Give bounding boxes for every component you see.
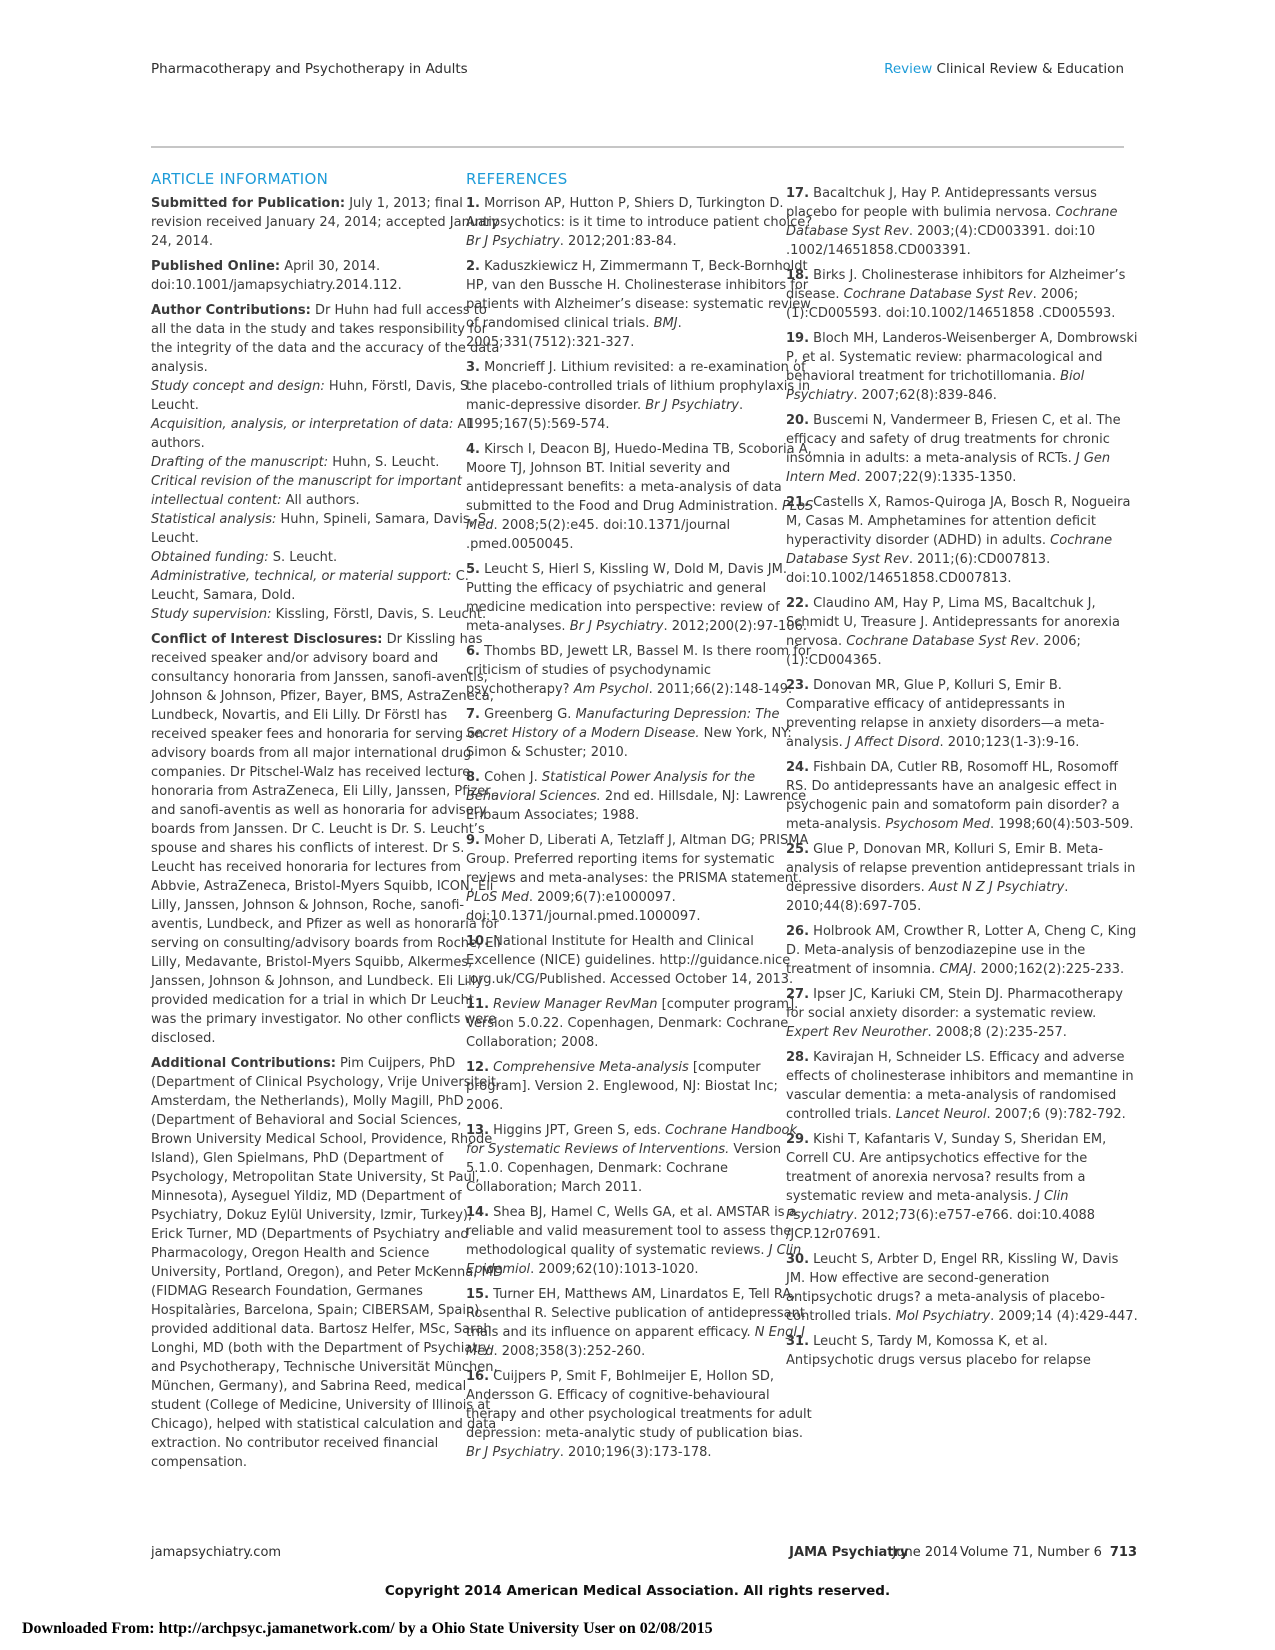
reference-number: 9.: [466, 833, 480, 848]
references-column-right: 17. Bacaltchuk J, Hay P. Antidepressants…: [786, 170, 1138, 1370]
reference-number: 28.: [786, 1050, 809, 1065]
reference-number: 30.: [786, 1252, 809, 1267]
text-run: Leucht S, Tardy M, Komossa K, et al. Ant…: [786, 1334, 1091, 1368]
article-information-column: ARTICLE INFORMATION Submitted for Public…: [151, 170, 503, 1472]
reference-item: 18. Birks J. Cholinesterase inhibitors f…: [786, 266, 1138, 323]
footer-issue-info: JAMA PsychiatryJune 2014Volume 71, Numbe…: [789, 1545, 1137, 1560]
reference-item: 11. Review Manager RevMan [computer prog…: [466, 995, 818, 1052]
text-run: Mol Psychiatry: [896, 1309, 990, 1324]
article-info-paragraph: Critical revision of the manuscript for …: [151, 472, 503, 510]
reference-number: 26.: [786, 924, 809, 939]
text-run: Published Online:: [151, 259, 280, 274]
text-run: Expert Rev Neurother: [786, 1025, 928, 1040]
text-run: Submitted for Publication:: [151, 196, 345, 211]
text-run: Cochrane Database Syst Rev: [844, 287, 1033, 302]
reference-item: 17. Bacaltchuk J, Hay P. Antidepressants…: [786, 184, 1138, 260]
text-run: Study concept and design:: [151, 379, 325, 394]
text-run: . 2007;6 (9):782-792.: [986, 1107, 1125, 1122]
text-run: Administrative, technical, or material s…: [151, 569, 452, 584]
text-run: Review Manager RevMan: [493, 997, 657, 1012]
text-run: Obtained funding:: [151, 550, 269, 565]
reference-number: 20.: [786, 413, 809, 428]
reference-number: 18.: [786, 268, 809, 283]
text-run: PLoS Med: [466, 890, 529, 905]
text-run: Cohen J.: [480, 770, 542, 785]
references-heading: REFERENCES: [466, 170, 818, 188]
text-run: . 2012;201:83-84.: [560, 234, 677, 249]
section-header: Review Clinical Review & Education: [884, 61, 1124, 77]
reference-item: 10. National Institute for Health and Cl…: [466, 932, 818, 989]
reference-number: 3.: [466, 360, 480, 375]
text-run: Huhn, S. Leucht.: [328, 455, 439, 470]
text-run: Pim Cuijpers, PhD (Department of Clinica…: [151, 1056, 503, 1470]
article-info-paragraph: Study concept and design: Huhn, Förstl, …: [151, 377, 503, 415]
reference-number: 22.: [786, 596, 809, 611]
text-run: Br J Psychiatry: [466, 234, 560, 249]
text-run: National Institute for Health and Clinic…: [466, 934, 793, 987]
text-run: All authors.: [282, 493, 360, 508]
reference-item: 6. Thombs BD, Jewett LR, Bassel M. Is th…: [466, 642, 818, 699]
text-run: Cochrane Database Syst Rev: [846, 634, 1035, 649]
text-run: Bloch MH, Landeros-Weisenberger A, Dombr…: [786, 331, 1137, 384]
text-run: Br J Psychiatry: [645, 398, 739, 413]
text-run: Conflict of Interest Disclosures:: [151, 632, 382, 647]
references-list-1: 1. Morrison AP, Hutton P, Shiers D, Turk…: [466, 194, 818, 1462]
text-run: Ipser JC, Kariuki CM, Stein DJ. Pharmaco…: [786, 987, 1123, 1021]
reference-number: 27.: [786, 987, 809, 1002]
reference-number: 4.: [466, 442, 480, 457]
reference-number: 6.: [466, 644, 480, 659]
copyright-notice: Copyright 2014 American Medical Associat…: [151, 1583, 1124, 1599]
article-info-paragraph: Additional Contributions: Pim Cuijpers, …: [151, 1054, 503, 1472]
text-run: BMJ: [654, 316, 678, 331]
reference-item: 12. Comprehensive Meta-analysis [compute…: [466, 1058, 818, 1115]
article-info-paragraph: Obtained funding: S. Leucht.: [151, 548, 503, 567]
text-run: . 2009;14 (4):429-447.: [990, 1309, 1138, 1324]
text-run: . 2000;162(2):225-233.: [972, 962, 1124, 977]
reference-number: 2.: [466, 259, 480, 274]
reference-number: 23.: [786, 678, 809, 693]
text-run: Moher D, Liberati A, Tetzlaff J, Altman …: [466, 833, 808, 886]
article-info-paragraph: Statistical analysis: Huhn, Spineli, Sam…: [151, 510, 503, 548]
text-run: Statistical analysis:: [151, 512, 276, 527]
journal-name: JAMA Psychiatry: [789, 1545, 908, 1560]
text-run: Lancet Neurol: [896, 1107, 987, 1122]
text-run: Author Contributions:: [151, 303, 311, 318]
text-run: Cuijpers P, Smit F, Bohlmeijer E, Hollon…: [466, 1369, 812, 1441]
reference-number: 14.: [466, 1205, 489, 1220]
text-run: . 2009;62(10):1013-1020.: [530, 1262, 698, 1277]
reference-number: 12.: [466, 1060, 489, 1075]
reference-number: 15.: [466, 1287, 489, 1302]
text-run: Buscemi N, Vandermeer B, Friesen C, et a…: [786, 413, 1121, 466]
text-run: Moncrieff J. Lithium revisited: a re-exa…: [466, 360, 810, 413]
article-info-paragraph: Conflict of Interest Disclosures: Dr Kis…: [151, 630, 503, 1048]
reference-item: 7. Greenberg G. Manufacturing Depression…: [466, 705, 818, 762]
download-notice: Downloaded From: http://archpsyc.jamanet…: [22, 1620, 713, 1638]
journal-website: jamapsychiatry.com: [151, 1545, 281, 1560]
article-info-paragraph: Published Online: April 30, 2014. doi:10…: [151, 257, 503, 295]
reference-number: 7.: [466, 707, 480, 722]
reference-item: 28. Kavirajan H, Schneider LS. Efficacy …: [786, 1048, 1138, 1124]
issue-volume: Volume 71, Number 6: [960, 1545, 1102, 1560]
text-run: Morrison AP, Hutton P, Shiers D, Turking…: [466, 196, 812, 230]
text-run: S. Leucht.: [269, 550, 338, 565]
reference-item: 5. Leucht S, Hierl S, Kissling W, Dold M…: [466, 560, 818, 636]
section-title: Clinical Review & Education: [932, 61, 1124, 77]
reference-item: 23. Donovan MR, Glue P, Kolluri S, Emir …: [786, 676, 1138, 752]
page-number: 713: [1110, 1545, 1137, 1560]
reference-item: 13. Higgins JPT, Green S, eds. Cochrane …: [466, 1121, 818, 1197]
reference-item: 25. Glue P, Donovan MR, Kolluri S, Emir …: [786, 840, 1138, 916]
text-run: Aust N Z J Psychiatry: [929, 880, 1064, 895]
reference-item: 30. Leucht S, Arbter D, Engel RR, Kissli…: [786, 1250, 1138, 1326]
reference-number: 10.: [466, 934, 489, 949]
reference-item: 16. Cuijpers P, Smit F, Bohlmeijer E, Ho…: [466, 1367, 818, 1462]
article-info-paragraph: Submitted for Publication: July 1, 2013;…: [151, 194, 503, 251]
reference-number: 19.: [786, 331, 809, 346]
reference-item: 8. Cohen J. Statistical Power Analysis f…: [466, 768, 818, 825]
text-run: . 2008;5(2):e45. doi:10.1371/journal .pm…: [466, 518, 730, 552]
issue-date: June 2014: [892, 1545, 958, 1560]
text-run: . 2007;22(9):1335-1350.: [856, 470, 1016, 485]
text-run: Dr Kissling has received speaker and/or …: [151, 632, 501, 1046]
reference-item: 2. Kaduszkiewicz H, Zimmermann T, Beck-B…: [466, 257, 818, 352]
running-title: Pharmacotherapy and Psychotherapy in Adu…: [151, 61, 468, 77]
section-label: Review: [884, 61, 932, 77]
text-run: Br J Psychiatry: [570, 619, 664, 634]
reference-number: 8.: [466, 770, 480, 785]
reference-number: 16.: [466, 1369, 489, 1384]
reference-item: 15. Turner EH, Matthews AM, Linardatos E…: [466, 1285, 818, 1361]
reference-number: 1.: [466, 196, 480, 211]
text-run: Bacaltchuk J, Hay P. Antidepressants ver…: [786, 186, 1097, 220]
reference-item: 26. Holbrook AM, Crowther R, Lotter A, C…: [786, 922, 1138, 979]
reference-item: 29. Kishi T, Kafantaris V, Sunday S, She…: [786, 1130, 1138, 1244]
article-info-paragraph: Drafting of the manuscript: Huhn, S. Leu…: [151, 453, 503, 472]
article-information-heading: ARTICLE INFORMATION: [151, 170, 503, 188]
reference-number: 29.: [786, 1132, 809, 1147]
text-run: . 2008;8 (2):235-257.: [928, 1025, 1067, 1040]
article-info-paragraphs: Submitted for Publication: July 1, 2013;…: [151, 194, 503, 1472]
text-run: CMAJ: [939, 962, 972, 977]
text-run: Am Psychol: [574, 682, 649, 697]
text-run: Higgins JPT, Green S, eds.: [489, 1123, 665, 1138]
text-run: Comprehensive Meta-analysis: [493, 1060, 689, 1075]
reference-number: 5.: [466, 562, 480, 577]
text-run: Drafting of the manuscript:: [151, 455, 328, 470]
reference-item: 21. Castells X, Ramos-Quiroga JA, Bosch …: [786, 493, 1138, 588]
text-run: . 1998;60(4):503-509.: [990, 817, 1134, 832]
references-list-2: 17. Bacaltchuk J, Hay P. Antidepressants…: [786, 184, 1138, 1370]
reference-number: 17.: [786, 186, 809, 201]
header-divider-rule: [151, 146, 1124, 148]
reference-item: 14. Shea BJ, Hamel C, Wells GA, et al. A…: [466, 1203, 818, 1279]
text-run: J Affect Disord: [847, 735, 940, 750]
text-run: Acquisition, analysis, or interpretation…: [151, 417, 453, 432]
references-column-left: REFERENCES 1. Morrison AP, Hutton P, Shi…: [466, 170, 818, 1462]
text-run: Shea BJ, Hamel C, Wells GA, et al. AMSTA…: [466, 1205, 797, 1258]
reference-item: 24. Fishbain DA, Cutler RB, Rosomoff HL,…: [786, 758, 1138, 834]
reference-number: 21.: [786, 495, 809, 510]
article-info-paragraph: Study supervision: Kissling, Förstl, Dav…: [151, 605, 503, 624]
reference-number: 31.: [786, 1334, 809, 1349]
reference-item: 20. Buscemi N, Vandermeer B, Friesen C, …: [786, 411, 1138, 487]
text-run: Br J Psychiatry: [466, 1445, 560, 1460]
text-run: Kissling, Förstl, Davis, S. Leucht.: [272, 607, 487, 622]
reference-item: 19. Bloch MH, Landeros-Weisenberger A, D…: [786, 329, 1138, 405]
reference-item: 3. Moncrieff J. Lithium revisited: a re-…: [466, 358, 818, 434]
reference-item: 22. Claudino AM, Hay P, Lima MS, Bacaltc…: [786, 594, 1138, 670]
text-run: Study supervision:: [151, 607, 272, 622]
reference-number: 13.: [466, 1123, 489, 1138]
reference-item: 1. Morrison AP, Hutton P, Shiers D, Turk…: [466, 194, 818, 251]
article-info-paragraph: Acquisition, analysis, or interpretation…: [151, 415, 503, 453]
reference-item: 9. Moher D, Liberati A, Tetzlaff J, Altm…: [466, 831, 818, 926]
article-info-paragraph: Administrative, technical, or material s…: [151, 567, 503, 605]
reference-number: 25.: [786, 842, 809, 857]
text-run: Kirsch I, Deacon BJ, Huedo-Medina TB, Sc…: [466, 442, 812, 514]
article-info-paragraph: Author Contributions: Dr Huhn had full a…: [151, 301, 503, 377]
text-run: . 2011;66(2):148-149.: [649, 682, 793, 697]
reference-number: 11.: [466, 997, 489, 1012]
reference-item: 31. Leucht S, Tardy M, Komossa K, et al.…: [786, 1332, 1138, 1370]
reference-item: 27. Ipser JC, Kariuki CM, Stein DJ. Phar…: [786, 985, 1138, 1042]
text-run: . 2010;196(3):173-178.: [560, 1445, 712, 1460]
text-run: Kaduszkiewicz H, Zimmermann T, Beck-Born…: [466, 259, 811, 331]
text-run: Additional Contributions:: [151, 1056, 336, 1071]
text-run: Greenberg G.: [480, 707, 576, 722]
reference-item: 4. Kirsch I, Deacon BJ, Huedo-Medina TB,…: [466, 440, 818, 554]
text-run: . 2007;62(8):839-846.: [853, 388, 997, 403]
text-run: Psychosom Med: [885, 817, 990, 832]
text-run: . 2008;358(3):252-260.: [493, 1344, 645, 1359]
text-run: . 2010;123(1-3):9-16.: [939, 735, 1079, 750]
reference-number: 24.: [786, 760, 809, 775]
